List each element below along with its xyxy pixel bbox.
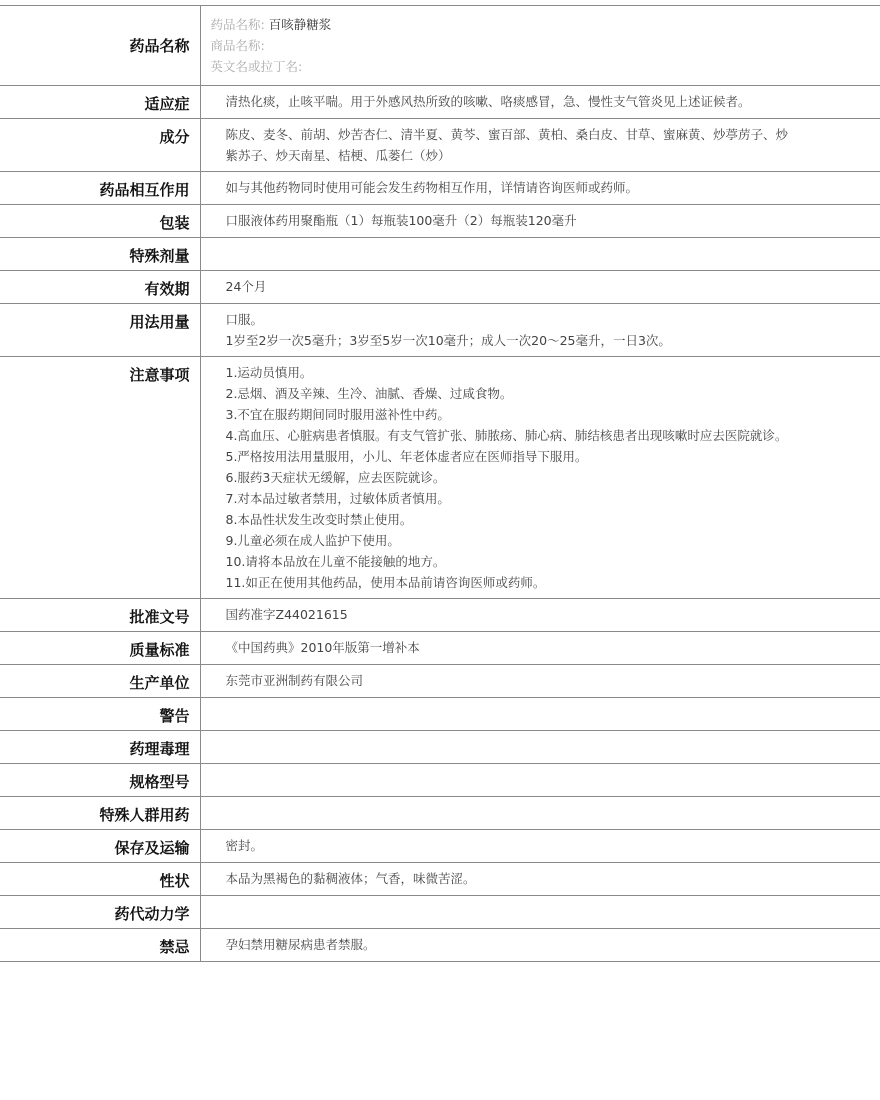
spec-row: 规格型号 [0, 764, 880, 797]
row-value [200, 731, 880, 764]
row-value-line: 8.本品性状发生改变时禁止使用。 [226, 509, 791, 530]
row-value [200, 797, 880, 830]
row-value-line: 24个月 [226, 276, 791, 297]
row-value: 如与其他药物同时使用可能会发生药物相互作用，详情请咨询医师或药师。 [200, 172, 880, 205]
row-value-line: 10.请将本品放在儿童不能接触的地方。 [226, 551, 791, 572]
row-label: 特殊人群用药 [0, 797, 200, 830]
row-label: 注意事项 [0, 357, 200, 599]
row-label: 药品相互作用 [0, 172, 200, 205]
row-value: 24个月 [200, 271, 880, 304]
row-value-line: 东莞市亚洲制药有限公司 [226, 670, 791, 691]
row-label: 质量标准 [0, 632, 200, 665]
row-value-line: 2.忌烟、酒及辛辣、生冷、油腻、香燥、过咸食物。 [226, 383, 791, 404]
spec-row: 警告 [0, 698, 880, 731]
row-label: 性状 [0, 863, 200, 896]
row-label: 有效期 [0, 271, 200, 304]
row-value-line: 1.运动员慎用。 [226, 362, 791, 383]
row-value: 本品为黑褐色的黏稠液体；气香，味微苦涩。 [200, 863, 880, 896]
row-label: 警告 [0, 698, 200, 731]
spec-row: 适应症清热化痰，止咳平喘。用于外感风热所致的咳嗽、咯痰感冒，急、慢性支气管炎见上… [0, 86, 880, 119]
row-value-line: 7.对本品过敏者禁用，过敏体质者慎用。 [226, 488, 791, 509]
row-value-line: 1岁至2岁一次5毫升；3岁至5岁一次10毫升；成人一次20～25毫升，一日3次。 [226, 330, 791, 351]
trade-name-label: 商品名称: [211, 38, 265, 53]
row-value: 东莞市亚洲制药有限公司 [200, 665, 880, 698]
row-label: 用法用量 [0, 304, 200, 357]
row-value-line: 4.高血压、心脏病患者慎服。有支气管扩张、肺脓疡、肺心病、肺结核患者出现咳嗽时应… [226, 425, 791, 446]
row-value: 1.运动员慎用。2.忌烟、酒及辛辣、生冷、油腻、香燥、过咸食物。3.不宜在服药期… [200, 357, 880, 599]
spec-row: 药理毒理 [0, 731, 880, 764]
generic-name-line: 药品名称:百咳静糖浆 [211, 14, 871, 35]
row-label: 包装 [0, 205, 200, 238]
row-label: 药品名称 [0, 6, 200, 86]
row-value [200, 896, 880, 929]
row-label: 特殊剂量 [0, 238, 200, 271]
row-value: 密封。 [200, 830, 880, 863]
row-value-line: 清热化痰，止咳平喘。用于外感风热所致的咳嗽、咯痰感冒，急、慢性支气管炎见上述证候… [226, 91, 791, 112]
row-label: 药代动力学 [0, 896, 200, 929]
row-value-line: 11.如正在使用其他药品，使用本品前请咨询医师或药师。 [226, 572, 791, 593]
generic-name-label: 药品名称: [211, 17, 265, 32]
spec-row: 特殊人群用药 [0, 797, 880, 830]
generic-name-value: 百咳静糖浆 [269, 17, 332, 32]
spec-row: 保存及运输密封。 [0, 830, 880, 863]
spec-row: 特殊剂量 [0, 238, 880, 271]
spec-row: 批准文号国药准字Z44021615 [0, 599, 880, 632]
drug-spec-body: 药品名称 药品名称:百咳静糖浆 商品名称: 英文名或拉丁名: 适应症清热化痰，止… [0, 6, 880, 962]
row-value-line: 5.严格按用法用量服用，小儿、年老体虚者应在医师指导下服用。 [226, 446, 791, 467]
row-value-line: 本品为黑褐色的黏稠液体；气香，味微苦涩。 [226, 868, 791, 889]
row-value: 孕妇禁用糖尿病患者禁服。 [200, 929, 880, 962]
row-value-line: 《中国药典》2010年版第一增补本 [226, 637, 791, 658]
row-label: 批准文号 [0, 599, 200, 632]
drug-name-cell: 药品名称:百咳静糖浆 商品名称: 英文名或拉丁名: [200, 6, 880, 86]
spec-row: 包装口服液体药用聚酯瓶（1）每瓶装100毫升（2）每瓶装120毫升 [0, 205, 880, 238]
row-value: 陈皮、麦冬、前胡、炒苦杏仁、清半夏、黄芩、蜜百部、黄柏、桑白皮、甘草、蜜麻黄、炒… [200, 119, 880, 172]
row-value-line: 6.服药3天症状无缓解，应去医院就诊。 [226, 467, 791, 488]
spec-row: 成分陈皮、麦冬、前胡、炒苦杏仁、清半夏、黄芩、蜜百部、黄柏、桑白皮、甘草、蜜麻黄… [0, 119, 880, 172]
latin-name-line: 英文名或拉丁名: [211, 56, 871, 77]
latin-name-label: 英文名或拉丁名: [211, 59, 303, 74]
row-label: 规格型号 [0, 764, 200, 797]
spec-row: 用法用量口服。1岁至2岁一次5毫升；3岁至5岁一次10毫升；成人一次20～25毫… [0, 304, 880, 357]
drug-spec-table: 药品名称 药品名称:百咳静糖浆 商品名称: 英文名或拉丁名: 适应症清热化痰，止… [0, 5, 880, 962]
spec-row: 药品相互作用如与其他药物同时使用可能会发生药物相互作用，详情请咨询医师或药师。 [0, 172, 880, 205]
row-value-line: 3.不宜在服药期间同时服用滋补性中药。 [226, 404, 791, 425]
row-value: 口服液体药用聚酯瓶（1）每瓶装100毫升（2）每瓶装120毫升 [200, 205, 880, 238]
row-label: 成分 [0, 119, 200, 172]
row-label: 药理毒理 [0, 731, 200, 764]
row-drug-name: 药品名称 药品名称:百咳静糖浆 商品名称: 英文名或拉丁名: [0, 6, 880, 86]
spec-row: 生产单位东莞市亚洲制药有限公司 [0, 665, 880, 698]
row-value: 国药准字Z44021615 [200, 599, 880, 632]
spec-row: 禁忌孕妇禁用糖尿病患者禁服。 [0, 929, 880, 962]
row-value-line: 口服液体药用聚酯瓶（1）每瓶装100毫升（2）每瓶装120毫升 [226, 210, 791, 231]
row-value-line: 陈皮、麦冬、前胡、炒苦杏仁、清半夏、黄芩、蜜百部、黄柏、桑白皮、甘草、蜜麻黄、炒… [226, 124, 791, 166]
row-value [200, 698, 880, 731]
spec-row: 药代动力学 [0, 896, 880, 929]
row-value-line: 口服。 [226, 309, 791, 330]
row-label: 适应症 [0, 86, 200, 119]
row-value-line: 国药准字Z44021615 [226, 604, 791, 625]
row-value-line: 如与其他药物同时使用可能会发生药物相互作用，详情请咨询医师或药师。 [226, 177, 791, 198]
spec-row: 质量标准《中国药典》2010年版第一增补本 [0, 632, 880, 665]
row-value [200, 238, 880, 271]
row-value: 《中国药典》2010年版第一增补本 [200, 632, 880, 665]
row-value: 清热化痰，止咳平喘。用于外感风热所致的咳嗽、咯痰感冒，急、慢性支气管炎见上述证候… [200, 86, 880, 119]
row-label: 保存及运输 [0, 830, 200, 863]
spec-row: 有效期24个月 [0, 271, 880, 304]
spec-row: 性状本品为黑褐色的黏稠液体；气香，味微苦涩。 [0, 863, 880, 896]
row-value [200, 764, 880, 797]
row-value-line: 密封。 [226, 835, 791, 856]
row-value: 口服。1岁至2岁一次5毫升；3岁至5岁一次10毫升；成人一次20～25毫升，一日… [200, 304, 880, 357]
row-value-line: 9.儿童必须在成人监护下使用。 [226, 530, 791, 551]
row-label: 禁忌 [0, 929, 200, 962]
row-label: 生产单位 [0, 665, 200, 698]
trade-name-line: 商品名称: [211, 35, 871, 56]
row-value-line: 孕妇禁用糖尿病患者禁服。 [226, 934, 791, 955]
spec-row: 注意事项1.运动员慎用。2.忌烟、酒及辛辣、生冷、油腻、香燥、过咸食物。3.不宜… [0, 357, 880, 599]
